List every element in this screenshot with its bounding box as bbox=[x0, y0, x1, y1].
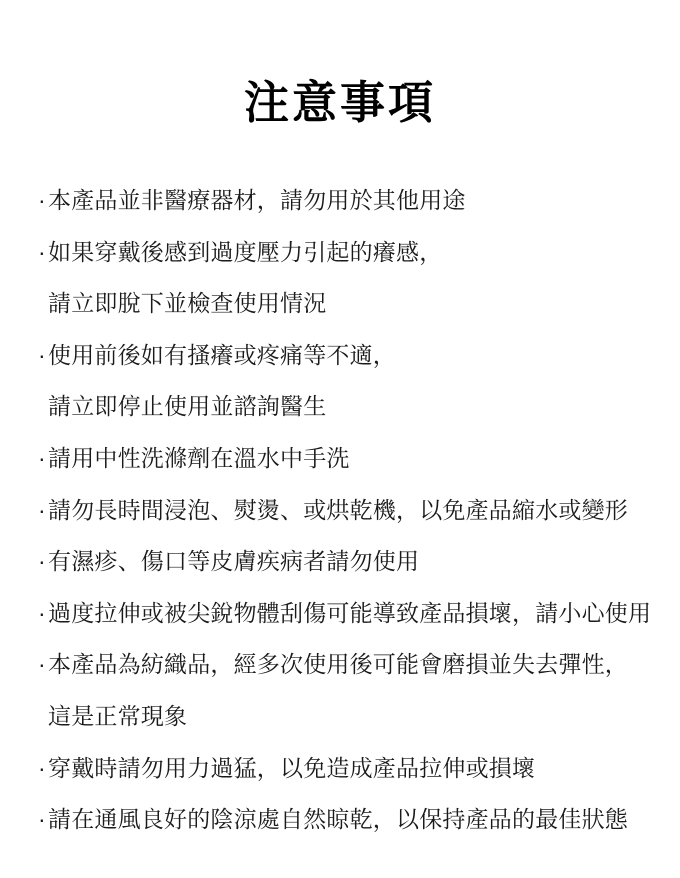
notice-line-continuation: 請立即停止使用並諮詢醫生 bbox=[38, 381, 670, 433]
notice-line: ·請在通風良好的陰涼處自然晾乾，以保持產品的最佳狀態 bbox=[38, 794, 670, 846]
notice-line: ·使用前後如有搔癢或疼痛等不適， bbox=[38, 330, 670, 382]
notice-text: 請立即停止使用並諮詢醫生 bbox=[48, 393, 326, 419]
notice-text: 穿戴時請勿用力過猛，以免造成產品拉伸或損壞 bbox=[48, 755, 535, 781]
bullet-dot: · bbox=[38, 227, 48, 279]
bullet-dot: · bbox=[38, 639, 48, 691]
bullet-dot: · bbox=[38, 588, 48, 640]
notice-text: 本產品為紡織品，經多次使用後可能會磨損並失去彈性， bbox=[48, 651, 628, 677]
notice-item: ·請在通風良好的陰涼處自然晾乾，以保持產品的最佳狀態 bbox=[38, 794, 670, 846]
bullet-dot: · bbox=[38, 536, 48, 588]
notice-text: 請立即脫下並檢查使用情況 bbox=[48, 290, 326, 316]
notice-text: 過度拉伸或被尖銳物體刮傷可能導致產品損壞，請小心使用 bbox=[48, 600, 651, 626]
bullet-dot: · bbox=[38, 485, 48, 537]
notice-item: ·如果穿戴後感到過度壓力引起的癢感， 請立即脫下並檢查使用情況 bbox=[38, 227, 670, 330]
notice-text: 如果穿戴後感到過度壓力引起的癢感， bbox=[48, 239, 442, 265]
notice-line: ·請用中性洗滌劑在溫水中手洗 bbox=[38, 433, 670, 485]
bullet-dot: · bbox=[38, 743, 48, 795]
precautions-page: 注意事項 ·本產品並非醫療器材，請勿用於其他用途 ·如果穿戴後感到過度壓力引起的… bbox=[0, 0, 680, 878]
notice-line: ·如果穿戴後感到過度壓力引起的癢感， bbox=[38, 227, 670, 279]
precautions-list: ·本產品並非醫療器材，請勿用於其他用途 ·如果穿戴後感到過度壓力引起的癢感， 請… bbox=[0, 175, 680, 846]
notice-item: ·請用中性洗滌劑在溫水中手洗 bbox=[38, 433, 670, 485]
notice-text: 這是正常現象 bbox=[48, 703, 187, 729]
notice-text: 有濕疹、傷口等皮膚疾病者請勿使用 bbox=[48, 548, 419, 574]
notice-item: ·過度拉伸或被尖銳物體刮傷可能導致產品損壞，請小心使用 bbox=[38, 588, 670, 640]
notice-item: ·請勿長時間浸泡、熨燙、或烘乾機，以免產品縮水或變形 bbox=[38, 485, 670, 537]
bullet-dot: · bbox=[38, 175, 48, 227]
notice-line: ·請勿長時間浸泡、熨燙、或烘乾機，以免產品縮水或變形 bbox=[38, 485, 670, 537]
notice-item: ·有濕疹、傷口等皮膚疾病者請勿使用 bbox=[38, 536, 670, 588]
notice-line: ·穿戴時請勿用力過猛，以免造成產品拉伸或損壞 bbox=[38, 743, 670, 795]
notice-item: ·穿戴時請勿用力過猛，以免造成產品拉伸或損壞 bbox=[38, 743, 670, 795]
notice-text: 請用中性洗滌劑在溫水中手洗 bbox=[48, 445, 350, 471]
bullet-dot: · bbox=[38, 433, 48, 485]
notice-text: 請在通風良好的陰涼處自然晾乾，以保持產品的最佳狀態 bbox=[48, 806, 628, 832]
notice-line: ·有濕疹、傷口等皮膚疾病者請勿使用 bbox=[38, 536, 670, 588]
notice-line-continuation: 這是正常現象 bbox=[38, 691, 670, 743]
notice-item: ·本產品並非醫療器材，請勿用於其他用途 bbox=[38, 175, 670, 227]
notice-line: ·過度拉伸或被尖銳物體刮傷可能導致產品損壞，請小心使用 bbox=[38, 588, 670, 640]
notice-text: 使用前後如有搔癢或疼痛等不適， bbox=[48, 342, 396, 368]
notice-item: ·使用前後如有搔癢或疼痛等不適， 請立即停止使用並諮詢醫生 bbox=[38, 330, 670, 433]
bullet-dot: · bbox=[38, 330, 48, 382]
notice-text: 請勿長時間浸泡、熨燙、或烘乾機，以免產品縮水或變形 bbox=[48, 497, 628, 523]
notice-line-continuation: 請立即脫下並檢查使用情況 bbox=[38, 278, 670, 330]
page-title: 注意事項 bbox=[0, 74, 680, 132]
notice-item: ·本產品為紡織品，經多次使用後可能會磨損並失去彈性， 這是正常現象 bbox=[38, 639, 670, 742]
notice-text: 本產品並非醫療器材，請勿用於其他用途 bbox=[48, 187, 466, 213]
notice-line: ·本產品並非醫療器材，請勿用於其他用途 bbox=[38, 175, 670, 227]
bullet-dot: · bbox=[38, 794, 48, 846]
notice-line: ·本產品為紡織品，經多次使用後可能會磨損並失去彈性， bbox=[38, 639, 670, 691]
